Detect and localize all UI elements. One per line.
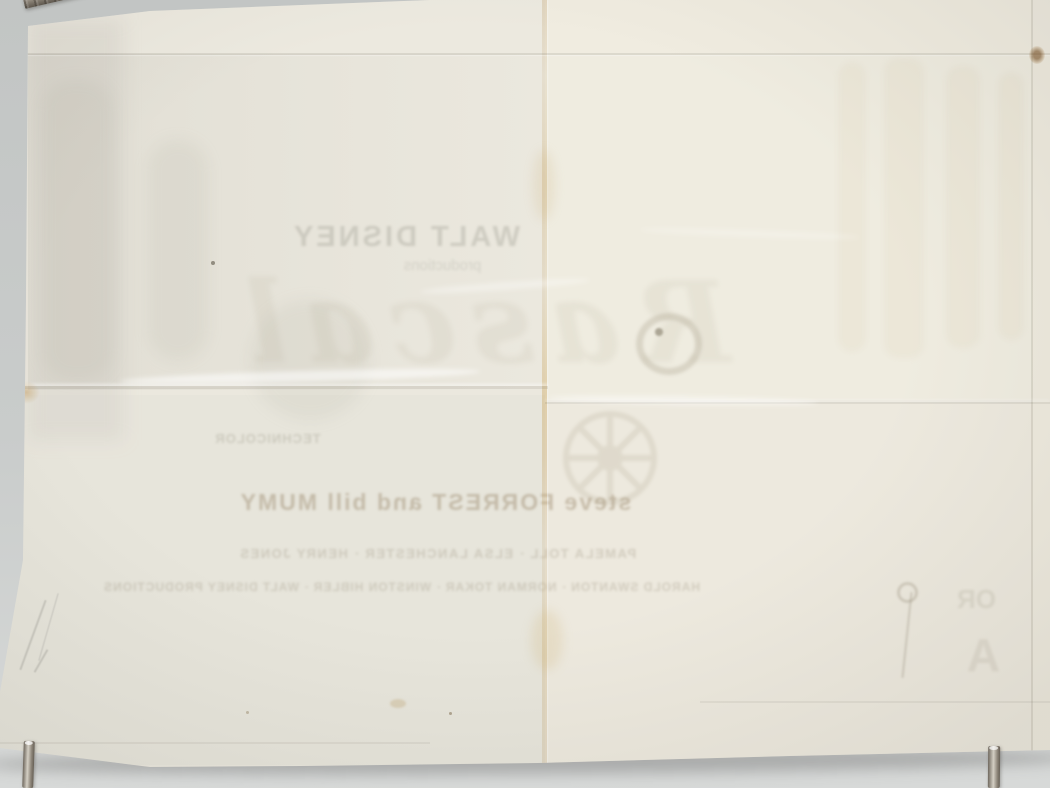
- photograph-of-poster-back: WALT DISNEY productions Rascal TECHNICOL…: [0, 0, 1050, 788]
- photo-vignette: [0, 0, 1050, 788]
- push-pin-top-left: [23, 0, 109, 9]
- push-pin-bottom-left: [22, 741, 35, 788]
- poster-paper-verso: WALT DISNEY productions Rascal TECHNICOL…: [0, 0, 1050, 788]
- push-pin-bottom-right: [988, 746, 1000, 788]
